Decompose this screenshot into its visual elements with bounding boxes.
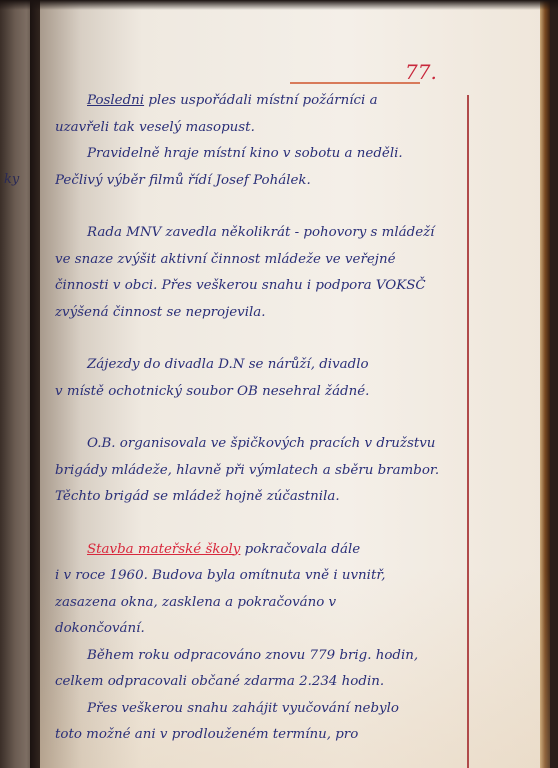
text-line: činnosti v obci. Přes veškerou snahu i p… xyxy=(55,273,465,300)
text-line: Během roku odpracováno znovu 779 brig. h… xyxy=(55,643,465,670)
header-rule xyxy=(290,82,420,84)
text-line: uzavřeli tak veselý masopust. xyxy=(55,115,465,142)
text-line: brigády mládeže, hlavně při výmlatech a … xyxy=(55,458,465,485)
text-line: zasazena okna, zasklena a pokračováno v xyxy=(55,590,465,617)
page-number: 77. xyxy=(405,60,437,84)
text-line: zvýšená činnost se neprojevila. xyxy=(55,300,465,327)
page-edge xyxy=(540,0,550,768)
margin-rule xyxy=(467,95,469,768)
section-heading: Stavba mateřské školy xyxy=(87,542,240,557)
handwritten-text: Posledni ples uspořádali místní požárníc… xyxy=(55,88,465,749)
text-line: dokončování. xyxy=(55,616,465,643)
text-line: Rada MNV zavedla několikrát - pohovory s… xyxy=(55,220,465,247)
left-page-text-fragment: ky xyxy=(4,172,19,187)
text-line: Přes veškerou snahu zahájit vyučování ne… xyxy=(55,696,465,723)
text-line: Posledni ples uspořádali místní požárníc… xyxy=(55,88,465,115)
text-line: ve snaze zvýšit aktivní činnost mládeže … xyxy=(55,247,465,274)
text-line: Pečlivý výběr filmů řídí Josef Pohálek. xyxy=(55,168,465,195)
text-line: celkem odpracovali občané zdarma 2.234 h… xyxy=(55,669,465,696)
text-line: Zájezdy do divadla D.N se nárůží, divadl… xyxy=(55,352,465,379)
text-line: Pravidelně hraje místní kino v sobotu a … xyxy=(55,141,465,168)
text-line: toto možné ani v prodlouženém termínu, p… xyxy=(55,722,465,749)
text-line: i v roce 1960. Budova byla omítnuta vně … xyxy=(55,563,465,590)
text-line: Těchto brigád se mládež hojně zúčastnila… xyxy=(55,484,465,511)
underlined-word: Posledni xyxy=(87,93,144,108)
top-shadow xyxy=(0,0,558,10)
text-line: Stavba mateřské školy pokračovala dále xyxy=(55,537,465,564)
text-line: O.B. organisovala ve špičkových pracích … xyxy=(55,431,465,458)
text-line: v místě ochotnický soubor OB nesehral žá… xyxy=(55,379,465,406)
